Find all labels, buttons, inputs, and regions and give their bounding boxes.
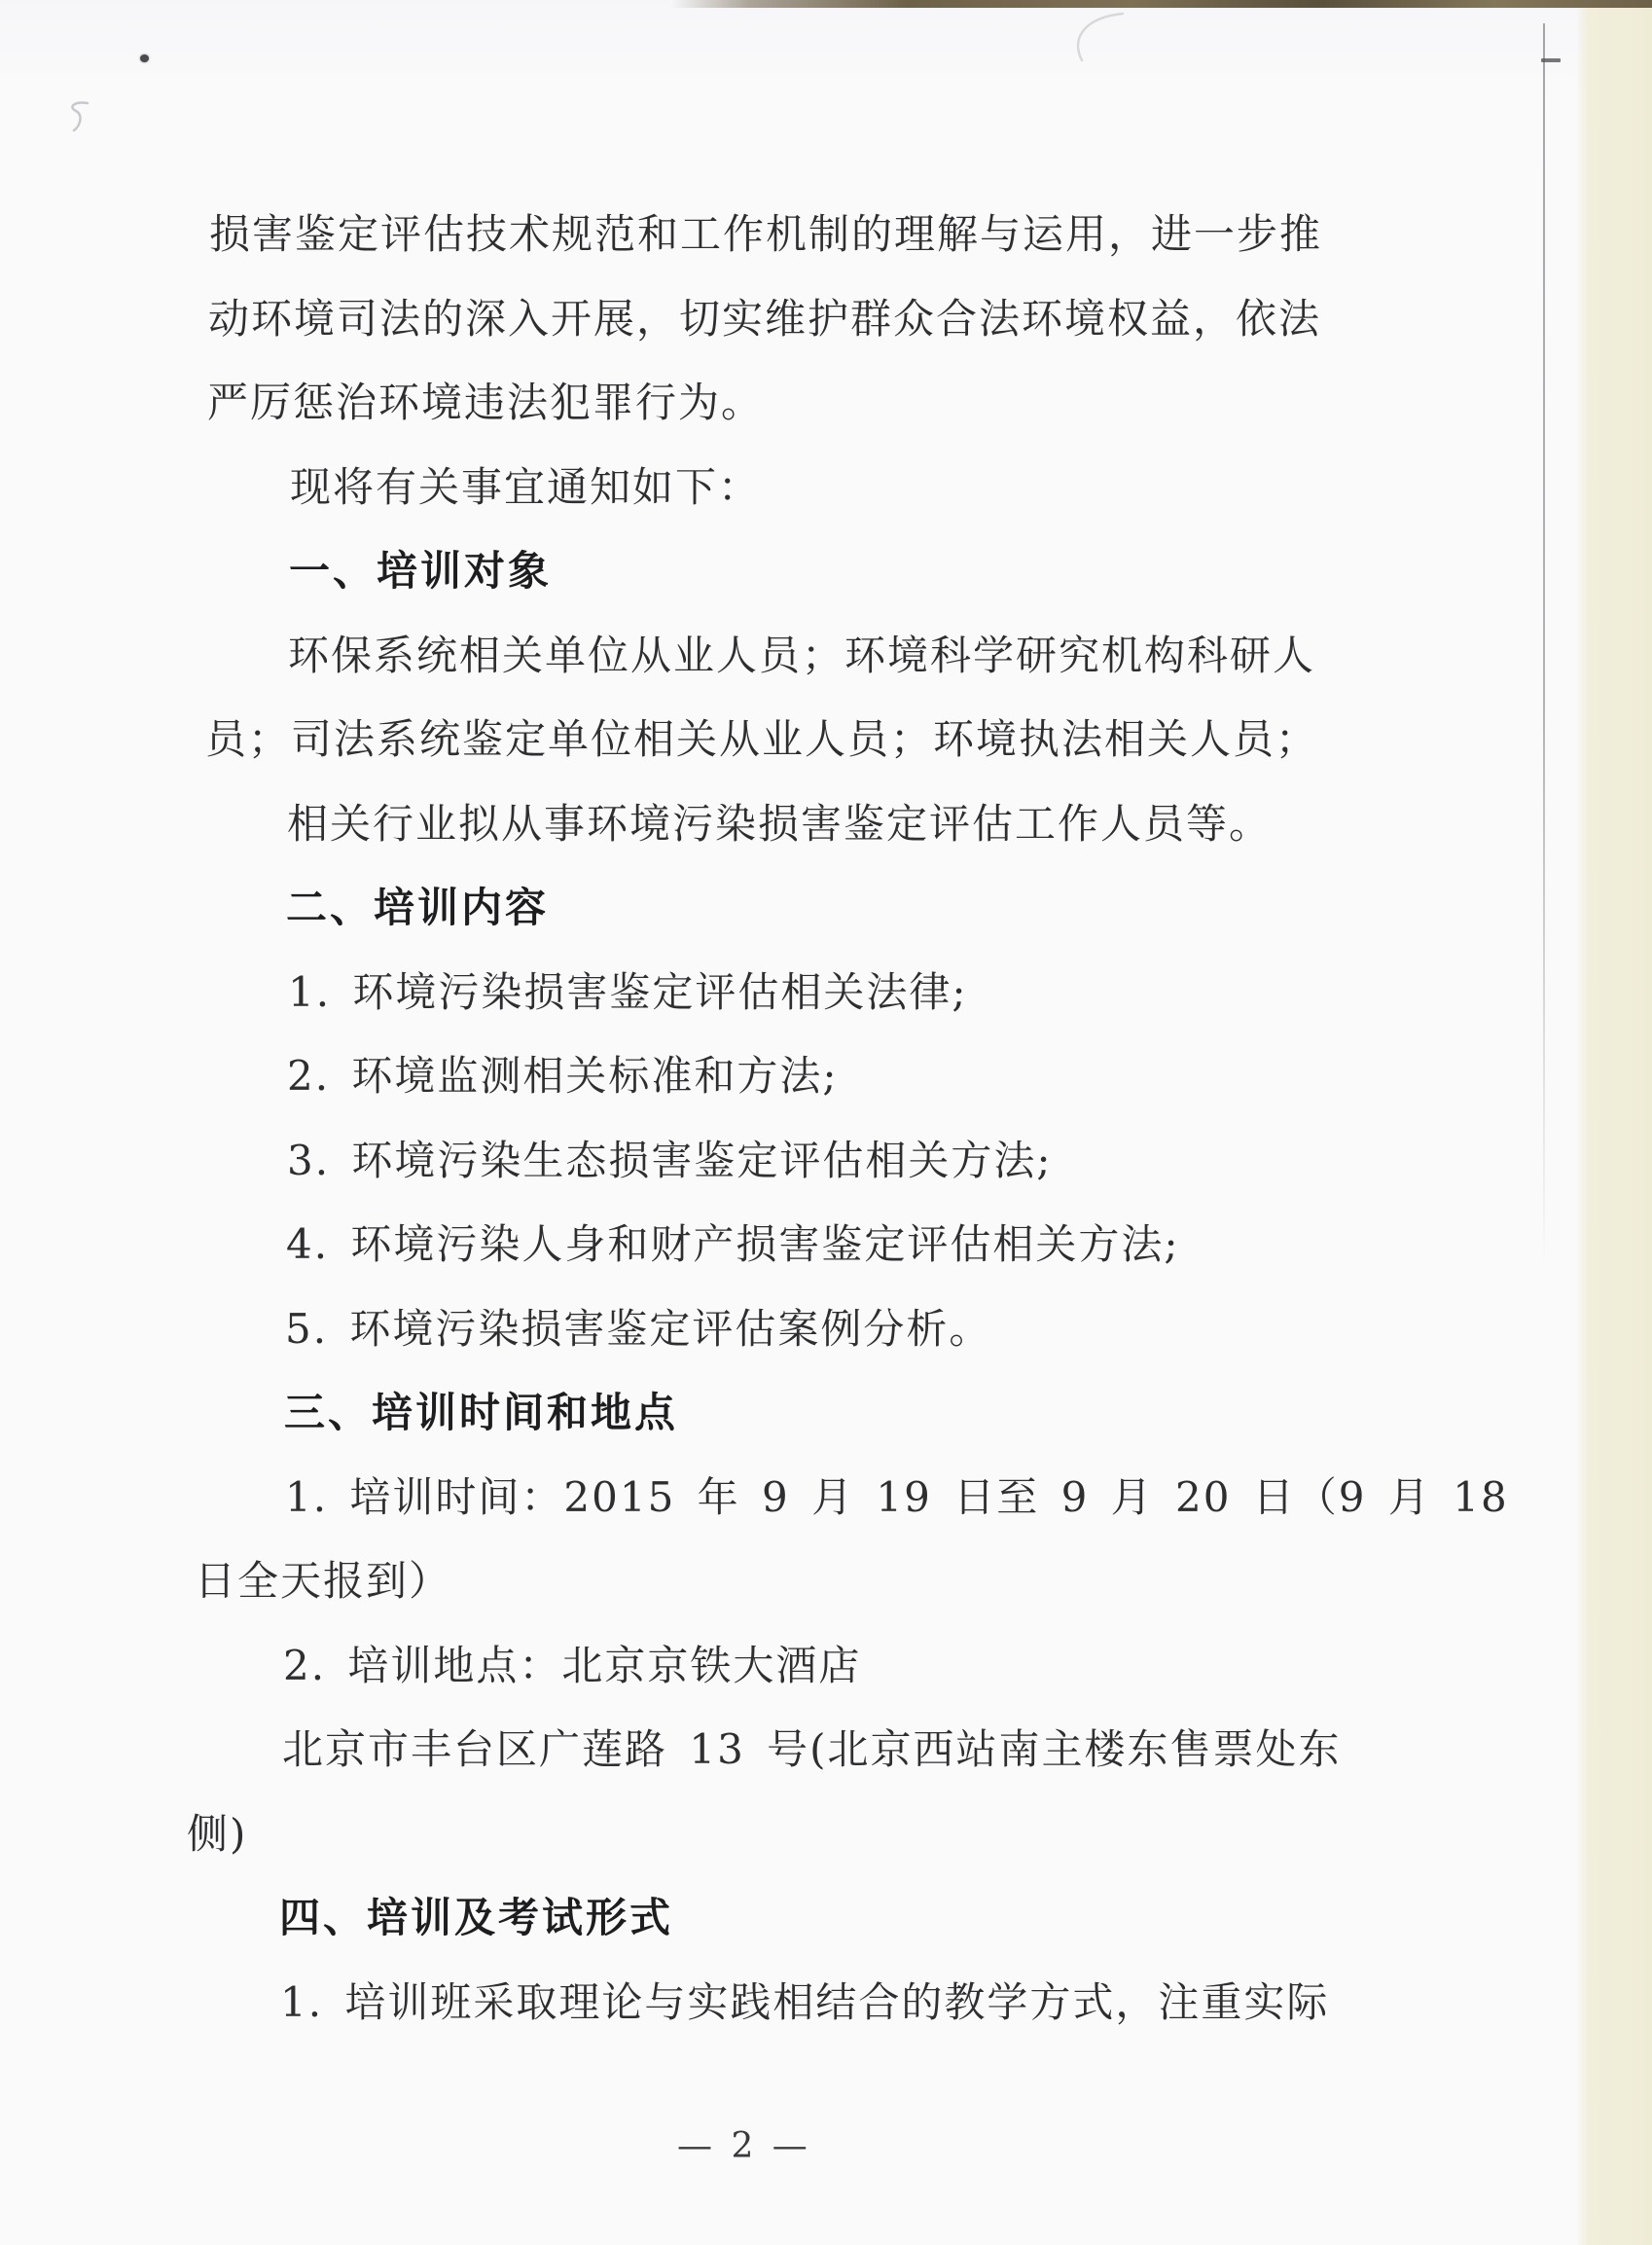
text-line: 北京市丰台区广莲路 13 号(北京西站南主楼东售票处东	[282, 1727, 1342, 1772]
list-item: 2. 培训地点：北京京铁大酒店	[283, 1644, 861, 1688]
text-line: 环保系统相关单位从业人员；环境科学研究机构科研人	[288, 634, 1315, 678]
list-item: 5. 环境污染损害鉴定评估案例分析。	[285, 1307, 991, 1352]
text-line: 现将有关事宜通知如下：	[290, 465, 761, 510]
page-number: — 2 —	[677, 2127, 811, 2166]
list-item: 2. 环境监测相关标准和方法;	[287, 1054, 839, 1099]
scan-top-edge-artifact	[671, 0, 1652, 8]
section-heading-4: 四、培训及考试形式	[279, 1896, 673, 1940]
list-item: 1. 培训班采取理论与实践相结合的教学方式，注重实际	[280, 1980, 1329, 2025]
section-heading-3: 三、培训时间和地点	[284, 1391, 678, 1435]
text-line: 严厉惩治环境违法犯罪行为。	[207, 380, 764, 425]
text-line: 员；司法系统鉴定单位相关从业人员；环境执法相关人员；	[205, 717, 1318, 762]
section-heading-2: 二、培训内容	[286, 886, 549, 930]
scan-right-edge-band	[1578, 0, 1652, 2245]
scan-vertical-line-artifact	[1543, 23, 1545, 1269]
list-item: 1. 环境污染损害鉴定评估相关法律;	[288, 970, 968, 1015]
document-page: 损害鉴定评估技术规范和工作机制的理解与运用，进一步推 动环境司法的深入开展，切实…	[0, 0, 1652, 2245]
list-item: 4. 环境污染人身和财产损害鉴定评估相关方法;	[286, 1222, 1180, 1267]
list-item: 1. 培训时间：2015 年 9 月 19 日至 9 月 20 日（9 月 18	[285, 1475, 1509, 1520]
text-line: 动环境司法的深入开展，切实维护群众合法环境权益，依法	[208, 297, 1321, 342]
text-line: 日全天报到）	[195, 1559, 451, 1604]
pencil-squiggle-artifact	[60, 97, 99, 144]
section-heading-1: 一、培训对象	[289, 549, 552, 594]
text-line: 损害鉴定评估技术规范和工作机制的理解与运用，进一步推	[209, 212, 1322, 257]
scan-edge-tick-artifact	[1541, 58, 1561, 62]
ink-dot-artifact	[140, 54, 149, 62]
text-line: 侧)	[187, 1812, 247, 1857]
pencil-arc-artifact	[1053, 8, 1140, 66]
list-item: 3. 环境污染生态损害鉴定评估相关方法;	[287, 1139, 1053, 1183]
text-line: 相关行业拟从事环境污染损害鉴定评估工作人员等。	[287, 802, 1272, 847]
